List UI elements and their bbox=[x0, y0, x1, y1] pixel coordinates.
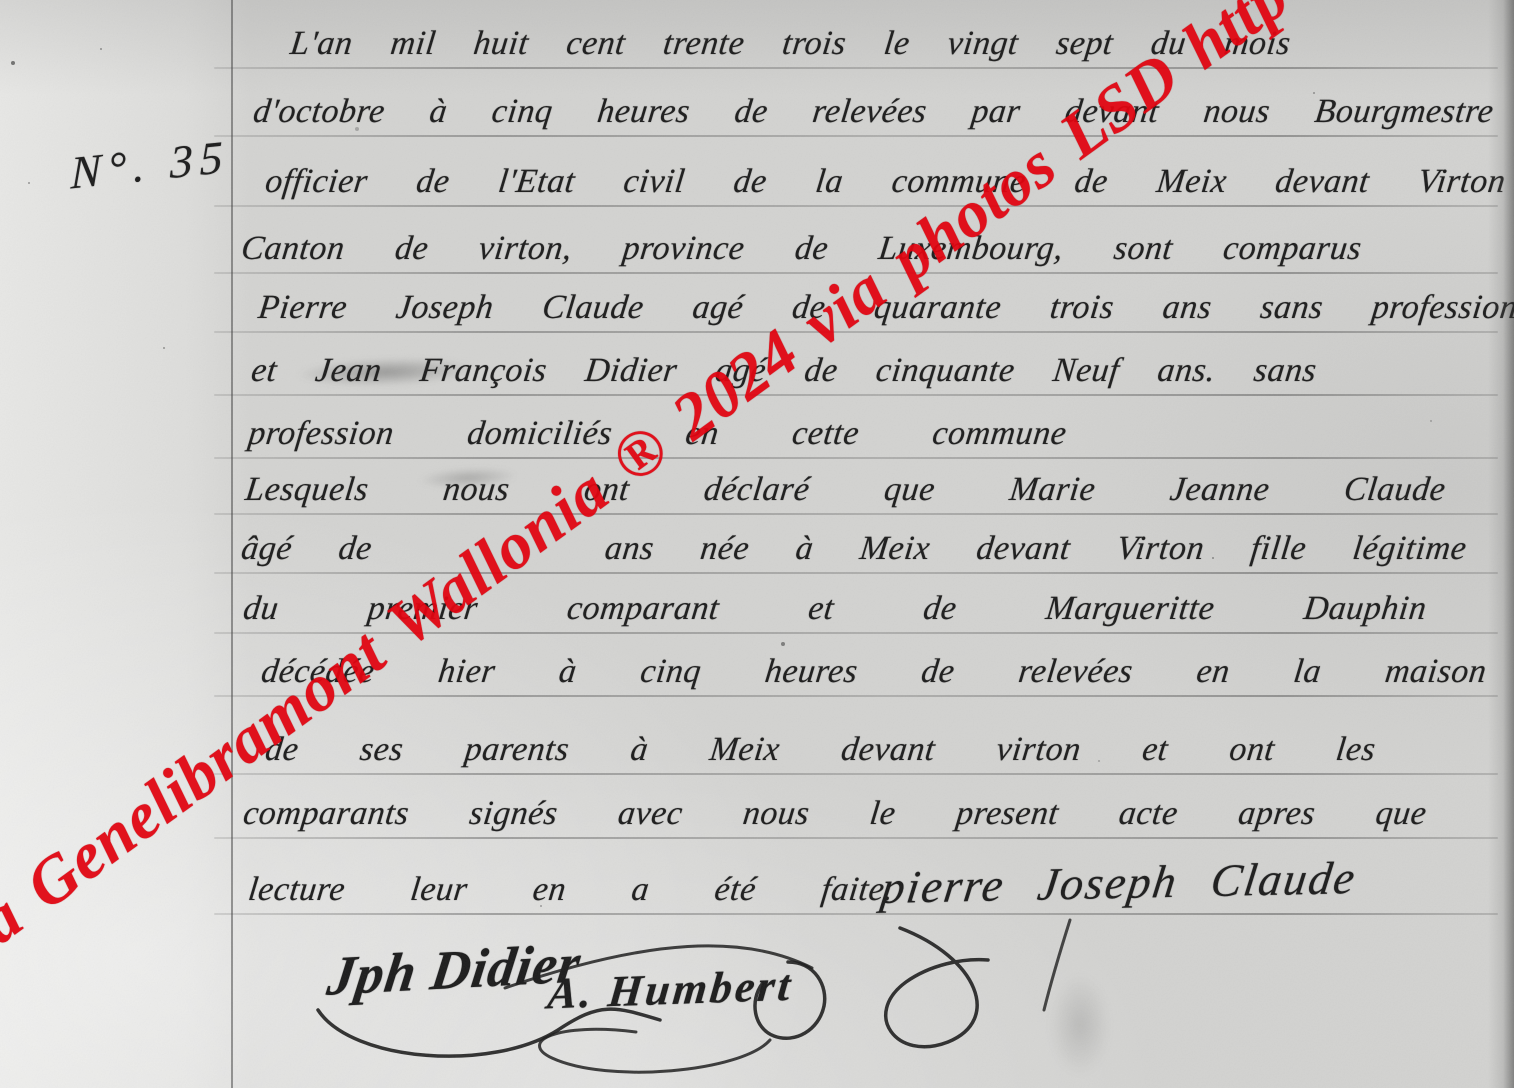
page-edge-shadow bbox=[1488, 0, 1514, 1088]
signature-flourishes bbox=[0, 0, 1514, 1088]
scanned-death-record-page: N°. 35 L'an mil huit cent trente trois l… bbox=[0, 0, 1514, 1088]
